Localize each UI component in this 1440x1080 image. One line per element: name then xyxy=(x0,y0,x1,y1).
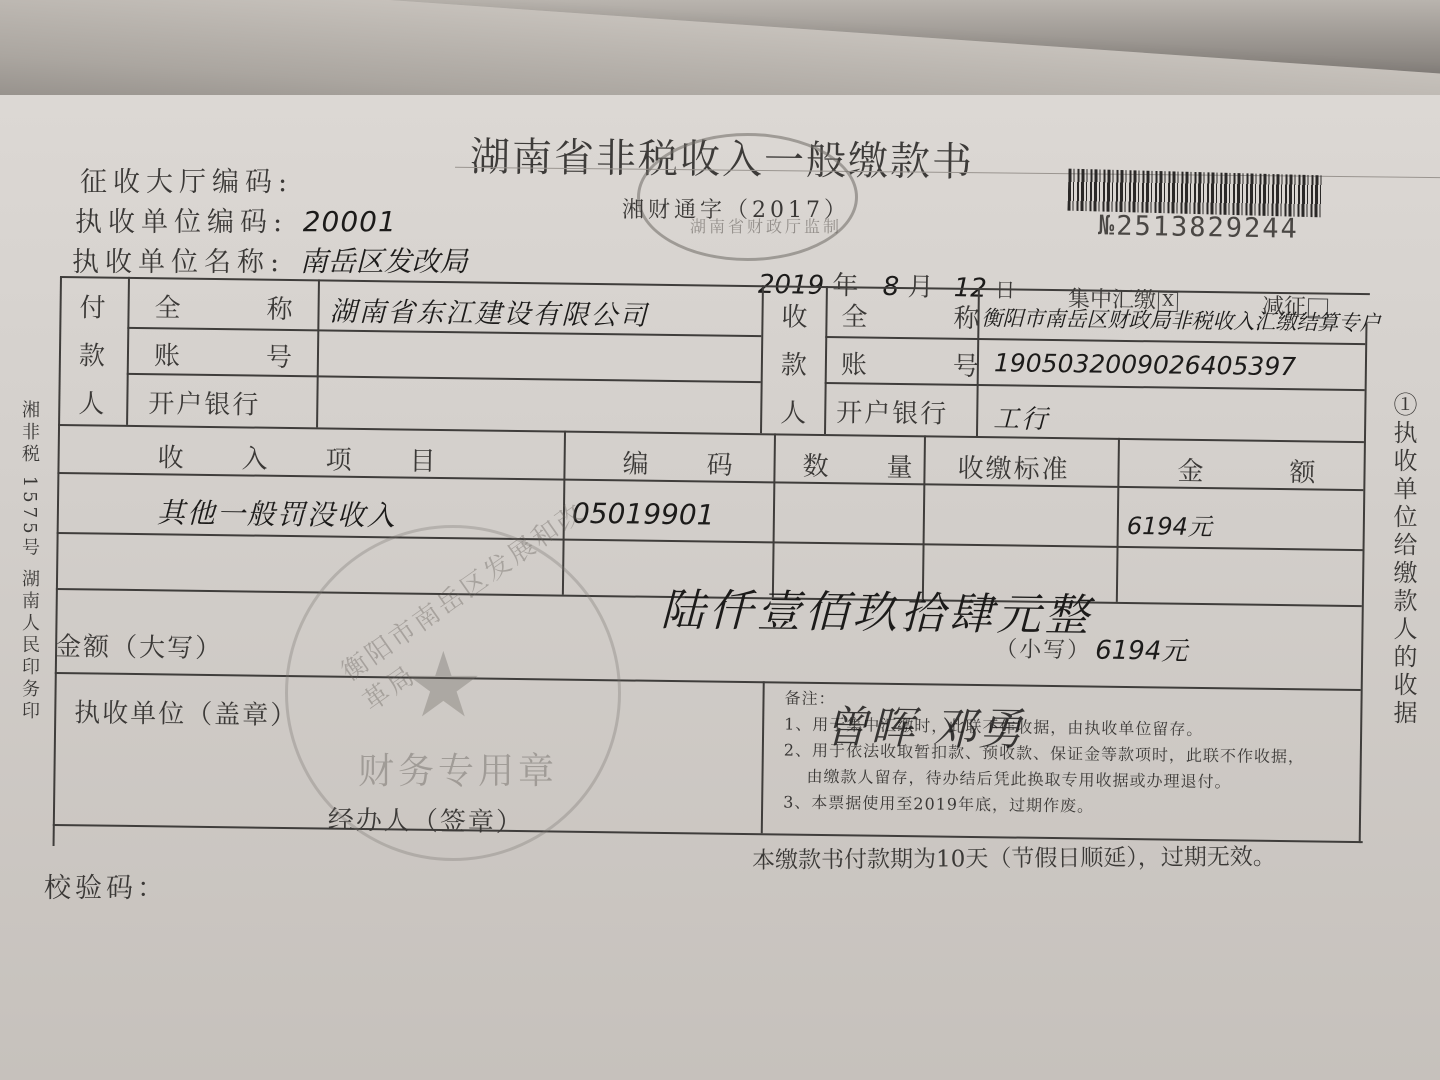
row-amount: 6194元 xyxy=(1127,506,1213,542)
divider xyxy=(760,285,764,433)
unit-name-label: 执收单位名称: xyxy=(72,247,285,278)
finance-seal: 衡阳市南岳区发展和改革局 ★ 财务专用章 xyxy=(285,525,621,861)
amount-lower-value: 6194元 xyxy=(1095,630,1188,668)
unit-name-field: 执收单位名称: 南岳区发改局 xyxy=(72,240,468,280)
unit-code-value: 20001 xyxy=(303,205,397,238)
divider xyxy=(316,279,320,427)
payee-group-char: 款 xyxy=(781,341,812,389)
payee-account-value: 1905032009026405397 xyxy=(994,348,1297,381)
payee-group-char: 收 xyxy=(781,293,812,341)
col-header-item: 收 入 项 目 xyxy=(157,437,437,478)
divider xyxy=(825,382,1365,391)
unit-name-value: 南岳区发改局 xyxy=(300,245,468,278)
divider xyxy=(126,277,130,425)
col-header-code: 编 码 xyxy=(622,443,734,481)
payment-form-table: 付 款 人 全 称 湖南省东江建设有限公司 账 号 开户银行 收 款 人 全 称… xyxy=(53,276,1390,863)
payer-name-value: 湖南省东江建设有限公司 xyxy=(329,290,648,333)
divider xyxy=(824,286,828,434)
check-code-label: 校验码： xyxy=(44,873,168,904)
payee-bank-value: 工行 xyxy=(993,398,1049,436)
unit-code-field: 执收单位编码: 20001 xyxy=(75,200,397,239)
payee-group-label: 收 款 人 xyxy=(780,293,812,437)
divider xyxy=(55,672,1361,691)
divider xyxy=(1116,438,1120,602)
hall-code-field: 征收大厅编码: xyxy=(80,160,293,199)
seal-bottom-text: 财务专用章 xyxy=(358,743,558,794)
divider xyxy=(922,435,926,599)
serial-value: 2513829244 xyxy=(1116,211,1299,245)
hall-code-label: 征收大厅编码: xyxy=(80,167,293,198)
payer-account-label: 账 号 xyxy=(154,335,294,374)
seal-star-icon: ★ xyxy=(403,633,484,738)
payee-account-label: 账 号 xyxy=(841,344,981,383)
payer-group-label: 付 款 人 xyxy=(78,284,110,428)
divider xyxy=(127,373,761,383)
payer-group-char: 款 xyxy=(79,332,110,380)
payee-group-char: 人 xyxy=(780,389,811,437)
col-header-quantity: 数 量 xyxy=(802,446,914,484)
row-item: 其他一般罚没收入 xyxy=(157,491,398,534)
divider xyxy=(825,336,1365,345)
serial-prefix: № xyxy=(1098,210,1117,241)
payee-bank-label: 开户银行 xyxy=(836,392,948,430)
payee-name-value: 衡阳市南岳区财政局非税收入汇缴结算专户 xyxy=(981,302,1380,337)
serial-number: №2513829244 xyxy=(1098,210,1299,245)
amount-lower-label: （小写） xyxy=(995,632,1091,664)
payer-bank-label: 开户银行 xyxy=(148,383,260,421)
payer-name-label: 全 称 xyxy=(154,287,294,326)
validity-note: 本缴款书付款期为10天（节假日顺延），过期无效。 xyxy=(752,838,1276,875)
unit-seal-label: 执收单位（盖章） xyxy=(74,692,298,732)
handler-signature-scrawl: 曾晖 邓勇 xyxy=(824,691,1025,758)
divider xyxy=(772,433,776,597)
payer-group-char: 人 xyxy=(78,380,109,428)
check-code-field: 校验码： xyxy=(44,866,168,905)
document-subtitle: 湘财通字（2017） xyxy=(622,193,850,224)
unit-code-label: 执收单位编码: xyxy=(75,207,288,238)
col-header-amount: 金 额 xyxy=(1177,451,1317,490)
amount-upper-label: 金额（大写） xyxy=(55,626,223,665)
right-margin-copy-note: ①执收单位给缴款人的收据 xyxy=(1386,392,1421,728)
divider xyxy=(761,681,765,833)
payer-group-char: 付 xyxy=(79,284,110,332)
left-margin-print-info: 湘非税 1575号 湖南人民印务印 xyxy=(16,400,42,723)
col-header-standard: 收缴标准 xyxy=(957,448,1069,486)
payee-name-label: 全 称 xyxy=(841,296,981,335)
